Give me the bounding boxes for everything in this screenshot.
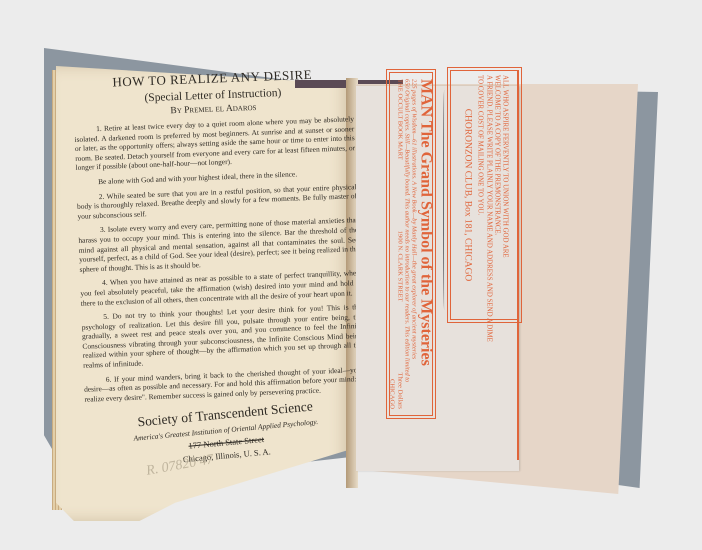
publisher-name: THE OCCULT BOOK MART [396,79,404,160]
man-book-advertisement: MAN The Grand Symbol of the Mysteries 22… [389,72,433,416]
man-ad-subtitle: 225 pages of Wisdom—61 illustrations. A … [411,79,418,409]
man-ad-footer: THE OCCULT BOOK MART 1900 N. CLARK STREE… [396,79,404,409]
man-ad-city-row: CHICAGO [388,79,396,409]
man-ad-content: MAN The Grand Symbol of the Mysteries 22… [388,79,435,409]
publisher-address: 1900 N. CLARK STREET [396,231,404,302]
left-page-text: HOW TO REALIZE ANY DESIRE (Special Lette… [72,63,367,466]
club-address: CHORONZON CLUB, Box 181, CHICAGO [461,75,473,315]
welcome-line: a friend. Please write plainly your name… [483,75,491,315]
welcome-line: to cover cost of mailing one to you. [475,75,483,315]
paragraph: 1. Retire at least twice every day to a … [74,114,356,173]
man-ad-title: MAN The Grand Symbol of the Mysteries [418,79,435,409]
bookmark-string [443,90,446,310]
price: Three Dollars [396,373,404,409]
welcome-line: Welcome to a copy of the premonstrance. [492,75,500,315]
welcome-content: All who aspire fervently to union with G… [461,75,508,315]
paragraph: 4. When you have attained as near as pos… [80,268,361,308]
paragraph: 3. Isolate every worry and every care, p… [78,215,360,274]
paragraph: 2. While seated be sure that you are in … [77,182,358,222]
welcome-line: All who aspire fervently to union with G… [500,75,508,315]
man-ad-subtitle: 650 Original copies. Still—Beautifully b… [404,79,411,409]
paragraph: 5. Do not try to think your thoughts! Le… [81,302,363,370]
publisher-city: CHICAGO [388,379,396,409]
welcome-notice: All who aspire fervently to union with G… [450,70,519,320]
